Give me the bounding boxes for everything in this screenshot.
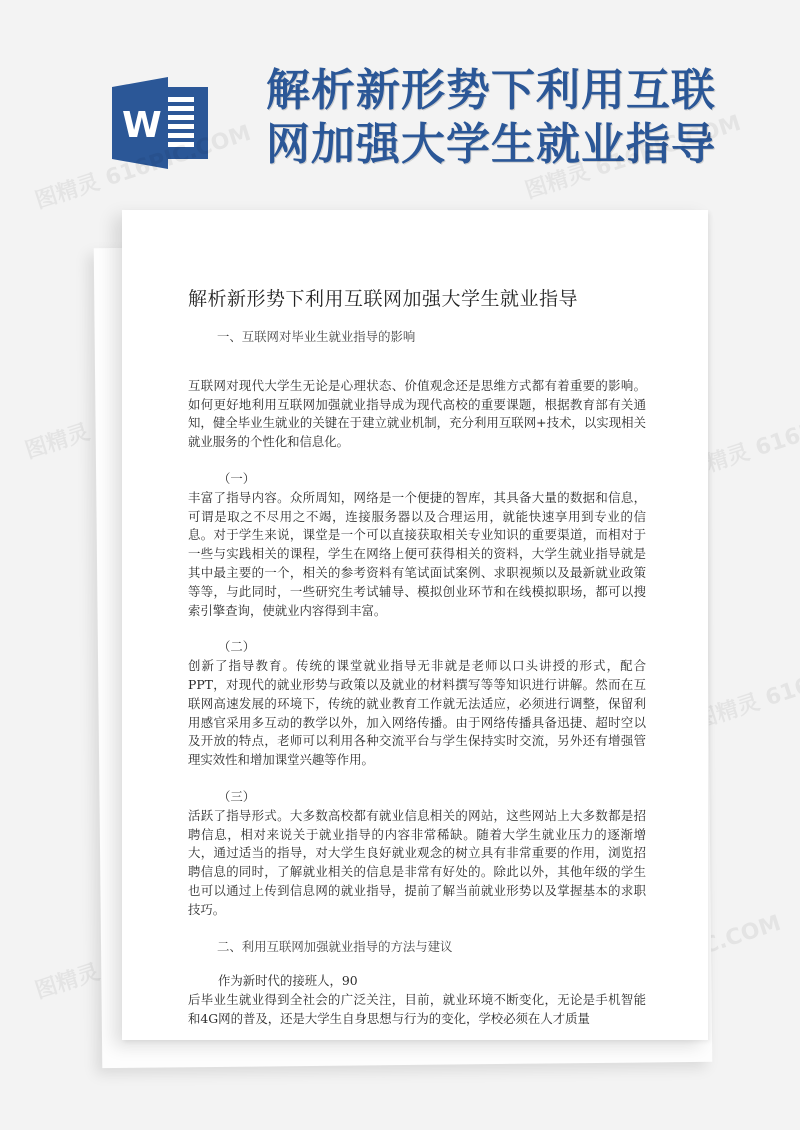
subsection-label: （一） bbox=[188, 470, 646, 489]
paragraph-lead: 作为新时代的接班人，90 bbox=[188, 972, 646, 991]
word-document-icon: W bbox=[110, 77, 214, 169]
banner-title-line2: 网加强大学生就业指导 bbox=[266, 118, 736, 172]
svg-text:W: W bbox=[122, 105, 162, 146]
document-page: 解析新形势下利用互联网加强大学生就业指导 一、互联网对毕业生就业指导的影响 互联… bbox=[122, 210, 708, 1040]
paragraph: 丰富了指导内容。众所周知，网络是一个便捷的智库，其具备大量的数据和信息，可谓是取… bbox=[188, 489, 646, 621]
paragraph: 创新了指导教育。传统的课堂就业指导无非就是老师以口头讲授的形式，配合PPT，对现… bbox=[188, 657, 646, 770]
banner-title: 解析新形势下利用互联 网加强大学生就业指导 bbox=[266, 64, 736, 172]
banner-title-line1: 解析新形势下利用互联 bbox=[266, 64, 736, 118]
section-heading: 一、互联网对毕业生就业指导的影响 bbox=[188, 328, 646, 347]
document-title: 解析新形势下利用互联网加强大学生就业指导 bbox=[188, 284, 578, 311]
subsection-label: （三） bbox=[188, 788, 646, 807]
section-heading: 二、利用互联网加强就业指导的方法与建议 bbox=[188, 938, 646, 957]
subsection-label: （二） bbox=[188, 638, 646, 657]
paragraph: 活跃了指导形式。大多数高校都有就业信息相关的网站，这些网站上大多数都是招聘信息，… bbox=[188, 807, 646, 920]
document-body: 一、互联网对毕业生就业指导的影响 互联网对现代大学生无论是心理状态、价值观念还是… bbox=[188, 328, 646, 1040]
paragraph: 后毕业生就业得到全社会的广泛关注，目前，就业环境不断变化，无论是手机智能和4G网… bbox=[188, 991, 646, 1029]
paragraph: 互联网对现代大学生无论是心理状态、价值观念还是思维方式都有着重要的影响。如何更好… bbox=[188, 377, 646, 452]
